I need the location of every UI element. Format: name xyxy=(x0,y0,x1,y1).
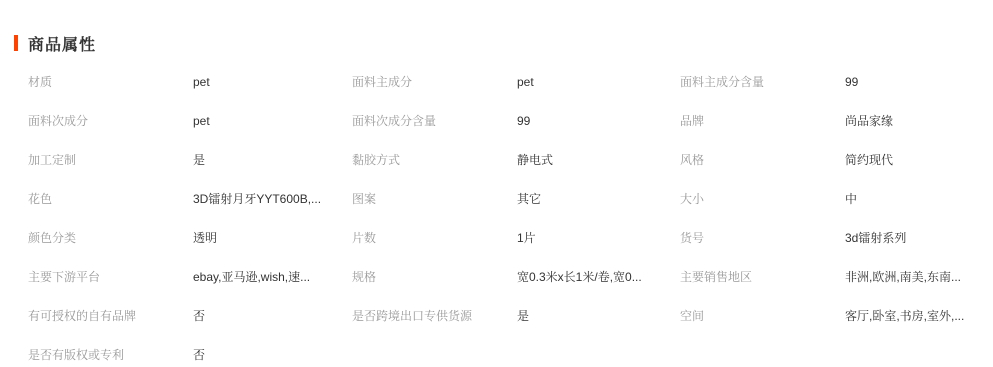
attribute-item: 品牌 尚品家缘 xyxy=(660,101,993,140)
attribute-item: 面料次成分 pet xyxy=(0,101,330,140)
attribute-value: ebay,亚马逊,wish,速... xyxy=(193,268,310,285)
attribute-label: 材质 xyxy=(28,73,193,90)
attribute-value: 其它 xyxy=(517,190,541,207)
attribute-item: 面料主成分 pet xyxy=(330,62,660,101)
attribute-item: 空间 客厅,卧室,书房,室外,... xyxy=(660,296,993,335)
attribute-value: pet xyxy=(193,75,210,89)
attribute-label: 面料主成分含量 xyxy=(680,73,845,90)
attribute-label: 面料次成分 xyxy=(28,112,193,129)
attribute-label: 黏胶方式 xyxy=(352,151,517,168)
attribute-label: 面料主成分 xyxy=(352,73,517,90)
attribute-value: 客厅,卧室,书房,室外,... xyxy=(845,307,964,324)
attribute-value: 3d镭射系列 xyxy=(845,229,906,246)
attribute-label: 主要销售地区 xyxy=(680,268,845,285)
attribute-label: 颜色分类 xyxy=(28,229,193,246)
attribute-item: 面料次成分含量 99 xyxy=(330,101,660,140)
attribute-item: 面料主成分含量 99 xyxy=(660,62,993,101)
attributes-grid: 材质 pet 面料主成分 pet 面料主成分含量 99 面料次成分 pet 面料… xyxy=(0,62,993,367)
attribute-item: 有可授权的自有品牌 否 xyxy=(0,296,330,335)
attribute-item: 黏胶方式 静电式 xyxy=(330,140,660,179)
attribute-label: 规格 xyxy=(352,268,517,285)
section-header: 商品属性 xyxy=(0,33,993,53)
attribute-item: 主要下游平台 ebay,亚马逊,wish,速... xyxy=(0,257,330,296)
attribute-value: pet xyxy=(517,75,534,89)
attribute-item: 风格 简约现代 xyxy=(660,140,993,179)
attribute-value: pet xyxy=(193,114,210,128)
attribute-item: 是否有版权或专利 否 xyxy=(0,335,330,367)
attribute-item: 货号 3d镭射系列 xyxy=(660,218,993,257)
attribute-value: 透明 xyxy=(193,229,217,246)
attribute-value: 静电式 xyxy=(517,151,553,168)
attribute-value: 宽0.3米x长1米/卷,宽0... xyxy=(517,268,642,285)
attribute-value: 99 xyxy=(517,114,530,128)
attribute-label: 是否跨境出口专供货源 xyxy=(352,307,517,324)
attribute-value: 1片 xyxy=(517,229,536,246)
attribute-label: 品牌 xyxy=(680,112,845,129)
attribute-label: 有可授权的自有品牌 xyxy=(28,307,193,324)
attribute-item: 加工定制 是 xyxy=(0,140,330,179)
attribute-value: 3D镭射月牙YYT600B,... xyxy=(193,190,321,207)
attribute-label: 空间 xyxy=(680,307,845,324)
attribute-label: 面料次成分含量 xyxy=(352,112,517,129)
attribute-item: 材质 pet xyxy=(0,62,330,101)
product-attributes-section: 商品属性 材质 pet 面料主成分 pet 面料主成分含量 99 面料次成分 p… xyxy=(0,0,993,367)
attribute-value: 中 xyxy=(845,190,857,207)
attribute-value: 尚品家缘 xyxy=(845,112,893,129)
attribute-value: 否 xyxy=(193,307,205,324)
attribute-item: 颜色分类 透明 xyxy=(0,218,330,257)
attribute-label: 片数 xyxy=(352,229,517,246)
attribute-item: 大小 中 xyxy=(660,179,993,218)
attribute-value: 否 xyxy=(193,346,205,363)
attribute-label: 主要下游平台 xyxy=(28,268,193,285)
attribute-label: 是否有版权或专利 xyxy=(28,346,193,363)
attribute-value: 99 xyxy=(845,75,858,89)
attribute-label: 大小 xyxy=(680,190,845,207)
attribute-value: 非洲,欧洲,南美,东南... xyxy=(845,268,961,285)
attribute-label: 图案 xyxy=(352,190,517,207)
attribute-item: 主要销售地区 非洲,欧洲,南美,东南... xyxy=(660,257,993,296)
attribute-item: 规格 宽0.3米x长1米/卷,宽0... xyxy=(330,257,660,296)
attribute-item: 是否跨境出口专供货源 是 xyxy=(330,296,660,335)
attribute-label: 货号 xyxy=(680,229,845,246)
accent-bar-icon xyxy=(14,35,18,51)
attribute-item: 片数 1片 xyxy=(330,218,660,257)
attribute-item: 图案 其它 xyxy=(330,179,660,218)
attribute-label: 加工定制 xyxy=(28,151,193,168)
attribute-label: 花色 xyxy=(28,190,193,207)
section-title: 商品属性 xyxy=(28,32,96,55)
attribute-value: 简约现代 xyxy=(845,151,893,168)
attribute-value: 是 xyxy=(517,307,529,324)
attribute-item: 花色 3D镭射月牙YYT600B,... xyxy=(0,179,330,218)
attribute-value: 是 xyxy=(193,151,205,168)
attribute-label: 风格 xyxy=(680,151,845,168)
